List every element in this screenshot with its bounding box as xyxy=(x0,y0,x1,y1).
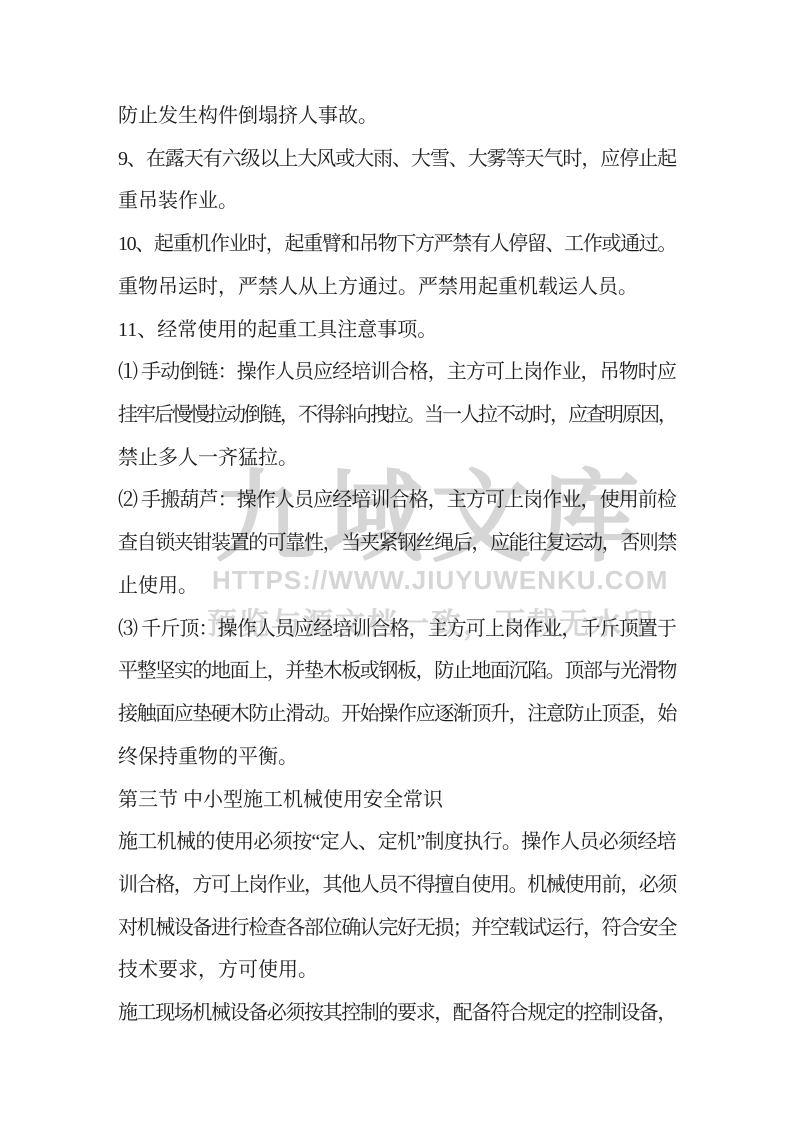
text-line: 查自锁夹钳装置的可靠性，当夹紧钢丝绳后，应能往复运动，否则禁 xyxy=(118,522,676,565)
text-line: 10、起重机作业时，起重臂和吊物下方严禁有人停留、工作或通过。 xyxy=(118,223,676,266)
text-line: 技术要求，方可使用。 xyxy=(118,949,676,992)
text-line-content: 第三节 中小型施工机械使用安全常识 xyxy=(118,779,443,822)
text-line: 平整坚实的地面上，并垫木板或钢板，防止地面沉陷。顶部与光滑物 xyxy=(118,650,676,693)
text-line-content: 重物吊运时，严禁人从上方通过。严禁用起重机载运人员。 xyxy=(118,266,638,309)
text-line-content: 止使用。 xyxy=(118,565,198,608)
text-line-content: ⑵ 手搬葫芦：操作人员应经培训合格，主方可上岗作业，使用前检 xyxy=(118,479,676,522)
text-line: 挂牢后慢慢拉动倒链，不得斜向拽拉。当一人拉不动时，应查明原因， xyxy=(118,394,676,437)
text-line-content: 技术要求，方可使用。 xyxy=(118,949,318,992)
text-line: ⑵ 手搬葫芦：操作人员应经培训合格，主方可上岗作业，使用前检 xyxy=(118,479,676,522)
text-line-content: 重吊装作业。 xyxy=(118,180,238,223)
text-line: 防止发生构件倒塌挤人事故。 xyxy=(118,95,676,138)
text-line-content: 终保持重物的平衡。 xyxy=(118,736,298,779)
text-line: ⑶ 千斤顶：操作人员应经培训合格，主方可上岗作业，千斤顶置于 xyxy=(118,608,676,651)
text-line-content: 10、起重机作业时，起重臂和吊物下方严禁有人停留、工作或通过。 xyxy=(118,223,676,266)
text-line: 重吊装作业。 xyxy=(118,180,676,223)
text-line-content: 接触面应垫硬木防止滑动。开始操作应逐渐顶升，注意防止顶歪，始 xyxy=(118,693,676,736)
text-line-content: 防止发生构件倒塌挤人事故。 xyxy=(118,95,378,138)
text-line-content: 查自锁夹钳装置的可靠性，当夹紧钢丝绳后，应能往复运动，否则禁 xyxy=(118,522,676,565)
text-line: 重物吊运时，严禁人从上方通过。严禁用起重机载运人员。 xyxy=(118,266,676,309)
text-line: 9、在露天有六级以上大风或大雨、大雪、大雾等天气时，应停止起 xyxy=(118,138,676,181)
text-line-content: 对机械设备进行检查各部位确认完好无损；并空载试运行，符合安全 xyxy=(118,907,676,950)
text-line-content: 禁止多人一齐猛拉。 xyxy=(118,437,298,480)
text-line: 对机械设备进行检查各部位确认完好无损；并空载试运行，符合安全 xyxy=(118,907,676,950)
text-line-content: 9、在露天有六级以上大风或大雨、大雪、大雾等天气时，应停止起 xyxy=(118,138,676,181)
document-body: 防止发生构件倒塌挤人事故。9、在露天有六级以上大风或大雨、大雪、大雾等天气时，应… xyxy=(118,95,676,1035)
text-line: 终保持重物的平衡。 xyxy=(118,736,676,779)
text-line: 禁止多人一齐猛拉。 xyxy=(118,437,676,480)
text-line: 止使用。 xyxy=(118,565,676,608)
text-line: 施工现场机械设备必须按其控制的要求，配备符合规定的控制设备， xyxy=(118,992,676,1035)
text-line-content: 施工机械的使用必须按“定人、定机”制度执行。操作人员必须经培 xyxy=(118,821,676,864)
text-line-content: ⑴ 手动倒链：操作人员应经培训合格，主方可上岗作业，吊物时应 xyxy=(118,351,676,394)
text-line-content: 施工现场机械设备必须按其控制的要求，配备符合规定的控制设备， xyxy=(118,992,676,1035)
text-line-content: 11、经常使用的起重工具注意事项。 xyxy=(118,309,437,352)
text-line: ⑴ 手动倒链：操作人员应经培训合格，主方可上岗作业，吊物时应 xyxy=(118,351,676,394)
text-line-content: ⑶ 千斤顶：操作人员应经培训合格，主方可上岗作业，千斤顶置于 xyxy=(118,608,676,651)
text-line: 训合格，方可上岗作业，其他人员不得擅自使用。机械使用前，必须 xyxy=(118,864,676,907)
text-line-content: 平整坚实的地面上，并垫木板或钢板，防止地面沉陷。顶部与光滑物 xyxy=(118,650,676,693)
text-line: 第三节 中小型施工机械使用安全常识 xyxy=(118,779,676,822)
document-page: 九域文库 HTTPS://WWW.JIUYUWENKU.COM 预览与源文档一致… xyxy=(0,0,793,1122)
text-line: 施工机械的使用必须按“定人、定机”制度执行。操作人员必须经培 xyxy=(118,821,676,864)
text-line-content: 训合格，方可上岗作业，其他人员不得擅自使用。机械使用前，必须 xyxy=(118,864,676,907)
text-line: 11、经常使用的起重工具注意事项。 xyxy=(118,309,676,352)
text-line: 接触面应垫硬木防止滑动。开始操作应逐渐顶升，注意防止顶歪，始 xyxy=(118,693,676,736)
text-line-content: 挂牢后慢慢拉动倒链，不得斜向拽拉。当一人拉不动时，应查明原因， xyxy=(118,394,676,437)
